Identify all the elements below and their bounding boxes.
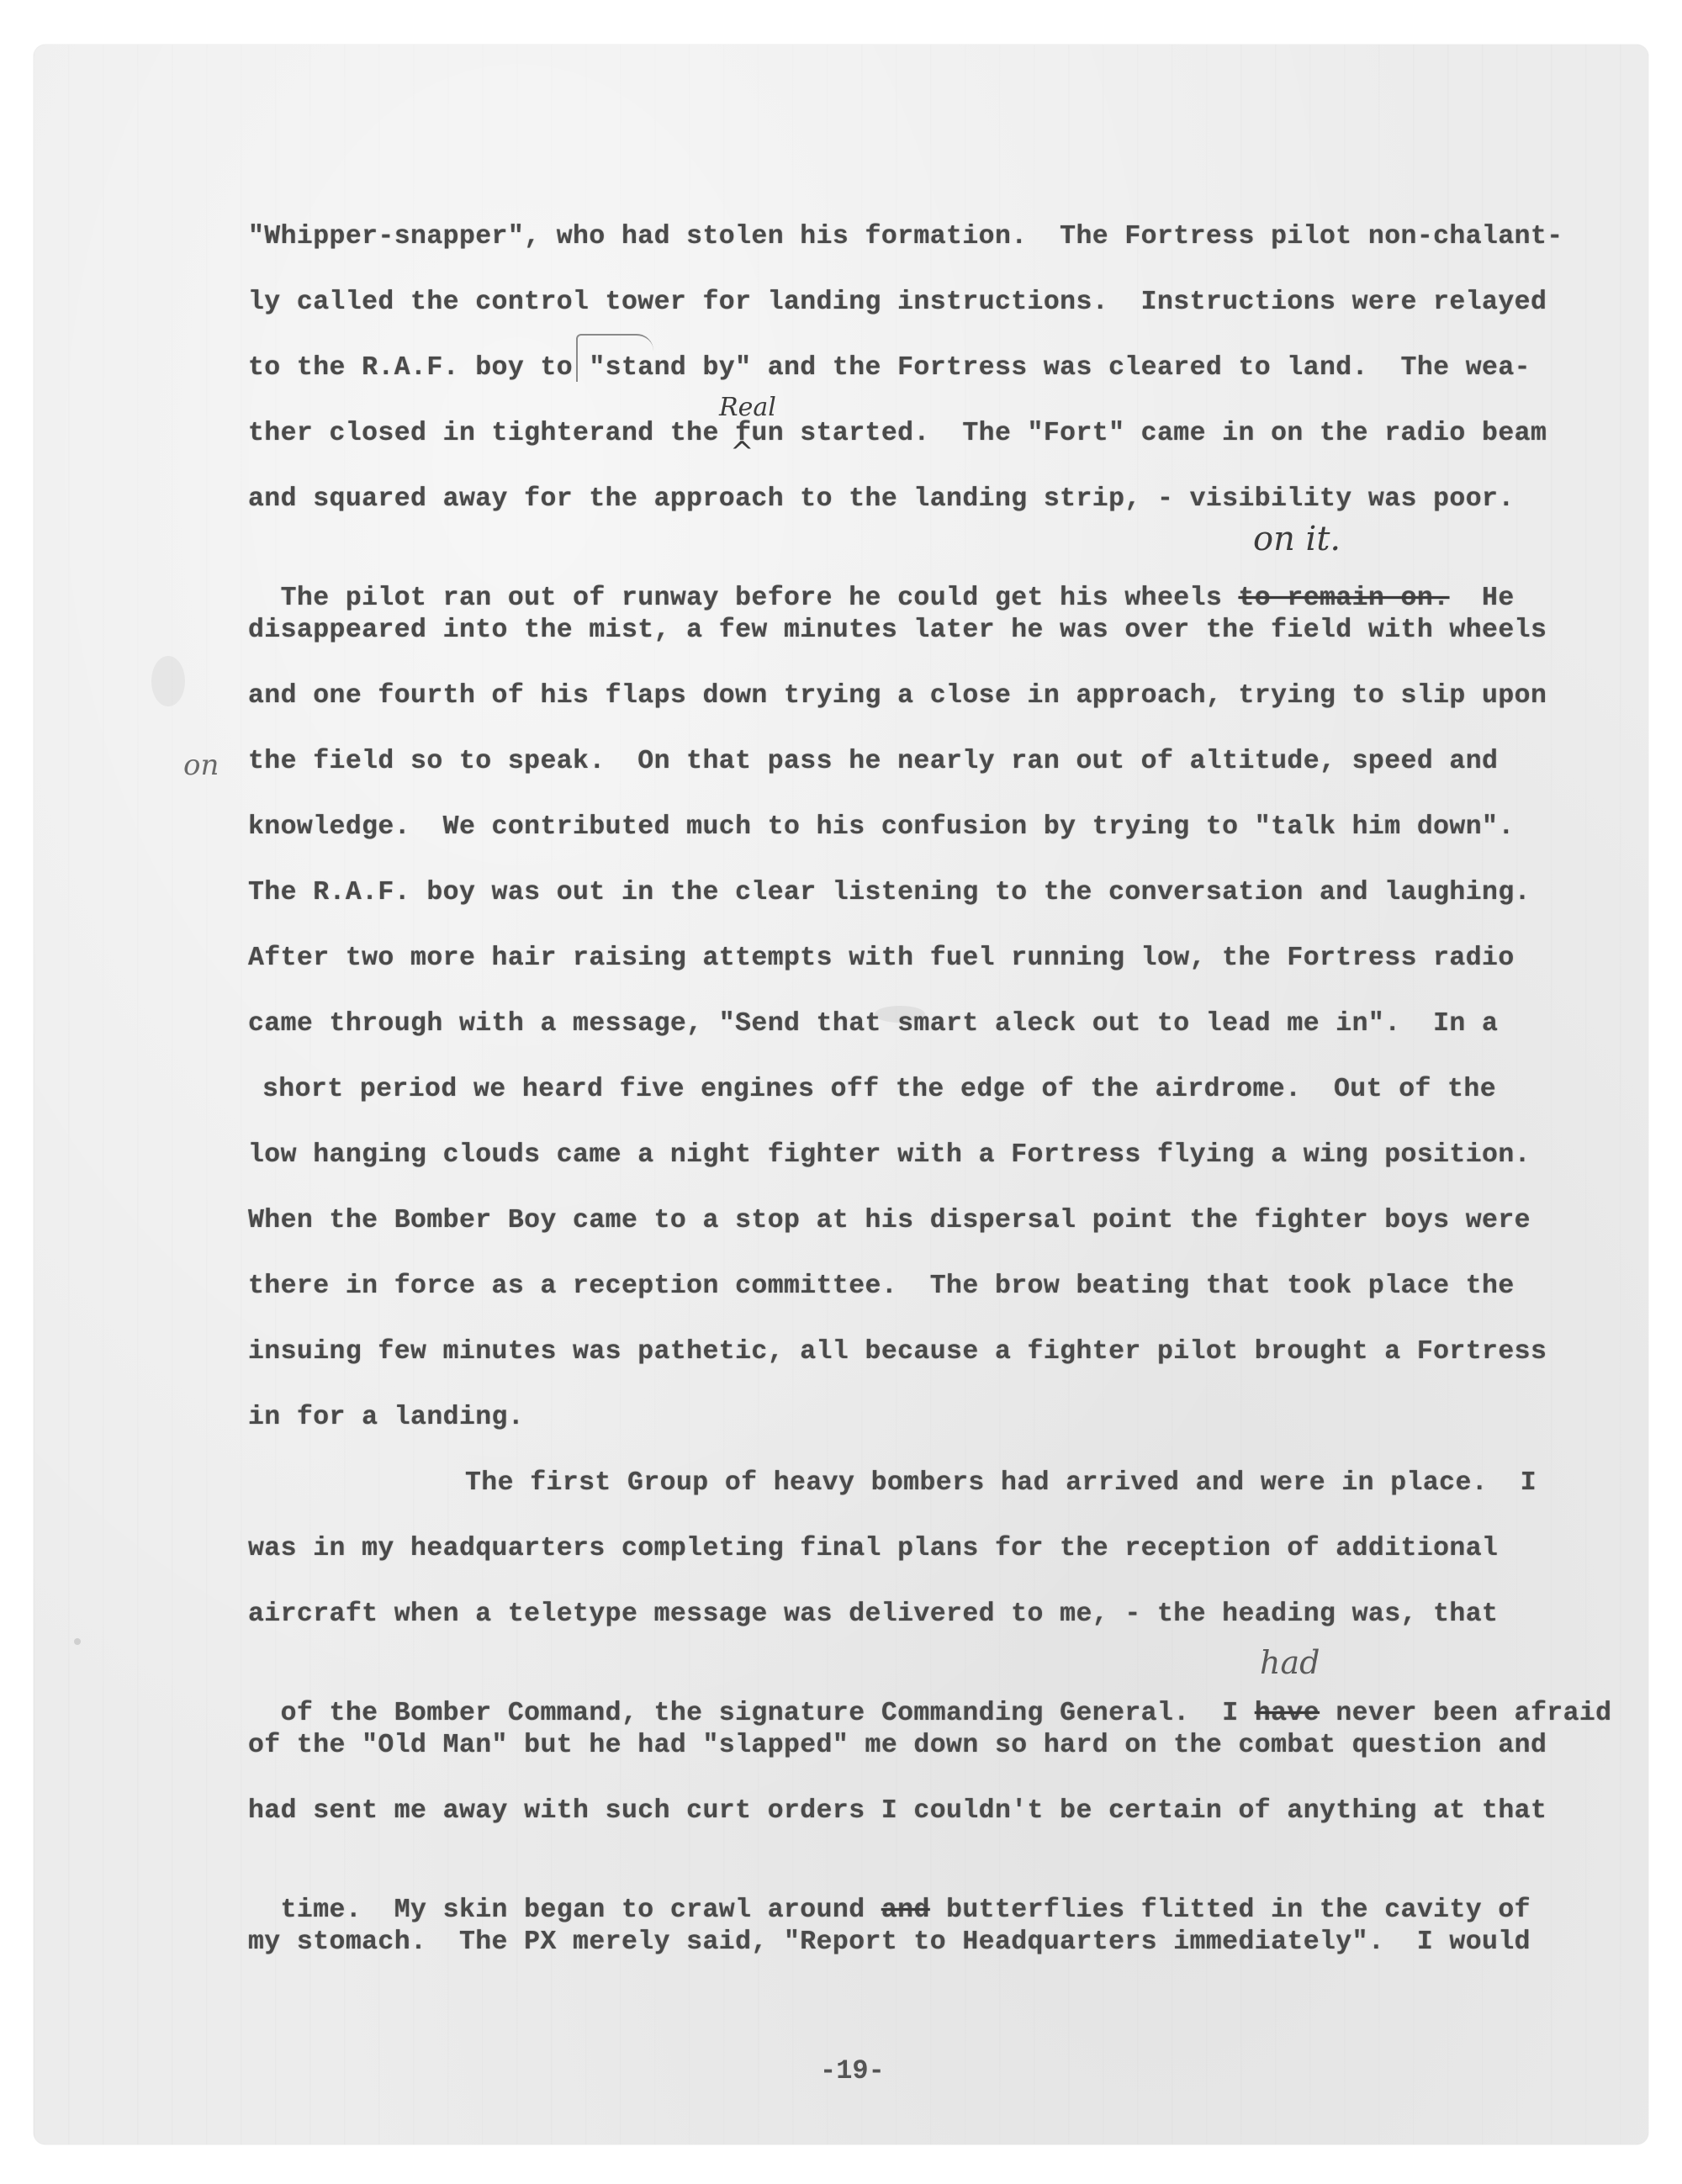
text-line: the field so to speak. On that pass he n… [248, 745, 1498, 779]
text-line: and squared away for the approach to the… [248, 483, 1515, 516]
text-line: time. My skin began to crawl around and … [248, 1860, 1531, 1928]
text-line: of the "Old Man" but he had "slapped" me… [248, 1729, 1547, 1763]
text-line: and one fourth of his flaps down trying … [248, 680, 1547, 713]
handwritten-insert-real: Real [719, 393, 776, 422]
typed-text: The pilot ran out of runway before he co… [281, 584, 1223, 613]
margin-note-on: on [183, 748, 219, 782]
handwritten-insert-on-it: on it. [1253, 520, 1341, 558]
text-line: came through with a message, "Send that … [248, 1007, 1498, 1041]
page-number: -19- [820, 2055, 885, 2086]
typed-text: of the Bomber Command, the signature Com… [281, 1699, 1239, 1728]
text-line: in for a landing. [248, 1401, 524, 1435]
handwritten-insert-had: had [1260, 1644, 1320, 1681]
text-line: The R.A.F. boy was out in the clear list… [248, 876, 1531, 910]
insertion-bracket-mark [576, 334, 653, 382]
text-line: had sent me away with such curt orders I… [248, 1795, 1547, 1828]
scan-speck [151, 656, 185, 706]
struck-text: to remain on. [1239, 584, 1450, 613]
text-line: ther closed in tighterand the fun starte… [248, 417, 1547, 451]
typed-text: butterflies flitted in the cavity of [930, 1896, 1531, 1925]
text-line: my stomach. The PX merely said, "Report … [248, 1926, 1531, 1959]
text-line: When the Bomber Boy came to a stop at hi… [248, 1204, 1531, 1238]
struck-text: have [1255, 1699, 1320, 1728]
struck-text: and [881, 1896, 930, 1925]
text-line: insuing few minutes was pathetic, all be… [248, 1335, 1547, 1369]
text-line: to the R.A.F. boy to "stand by" and the … [248, 352, 1531, 385]
text-line: low hanging clouds came a night fighter … [248, 1139, 1531, 1172]
text-line: there in force as a reception committee.… [248, 1270, 1515, 1304]
caret-mark: ^ [730, 436, 754, 469]
text-line: was in my headquarters completing final … [248, 1532, 1498, 1566]
paragraph-start-line: The first Group of heavy bombers had arr… [465, 1467, 1537, 1500]
text-line: short period we heard five engines off t… [262, 1073, 1496, 1107]
typed-text: time. My skin began to crawl around [281, 1896, 865, 1925]
text-line: The pilot ran out of runway before he co… [248, 548, 1515, 616]
typed-text: He [1449, 584, 1514, 613]
typed-text: never been afraid [1320, 1699, 1611, 1728]
scan-speck [74, 1638, 81, 1645]
text-line: aircraft when a teletype message was del… [248, 1598, 1498, 1631]
text-line: knowledge. We contributed much to his co… [248, 811, 1515, 844]
text-line: After two more hair raising attempts wit… [248, 942, 1515, 976]
text-line: of the Bomber Command, the signature Com… [248, 1663, 1612, 1731]
text-line: "Whipper-snapper", who had stolen his fo… [248, 220, 1563, 254]
text-line: disappeared into the mist, a few minutes… [248, 614, 1547, 648]
text-line: ly called the control tower for landing … [248, 286, 1547, 320]
